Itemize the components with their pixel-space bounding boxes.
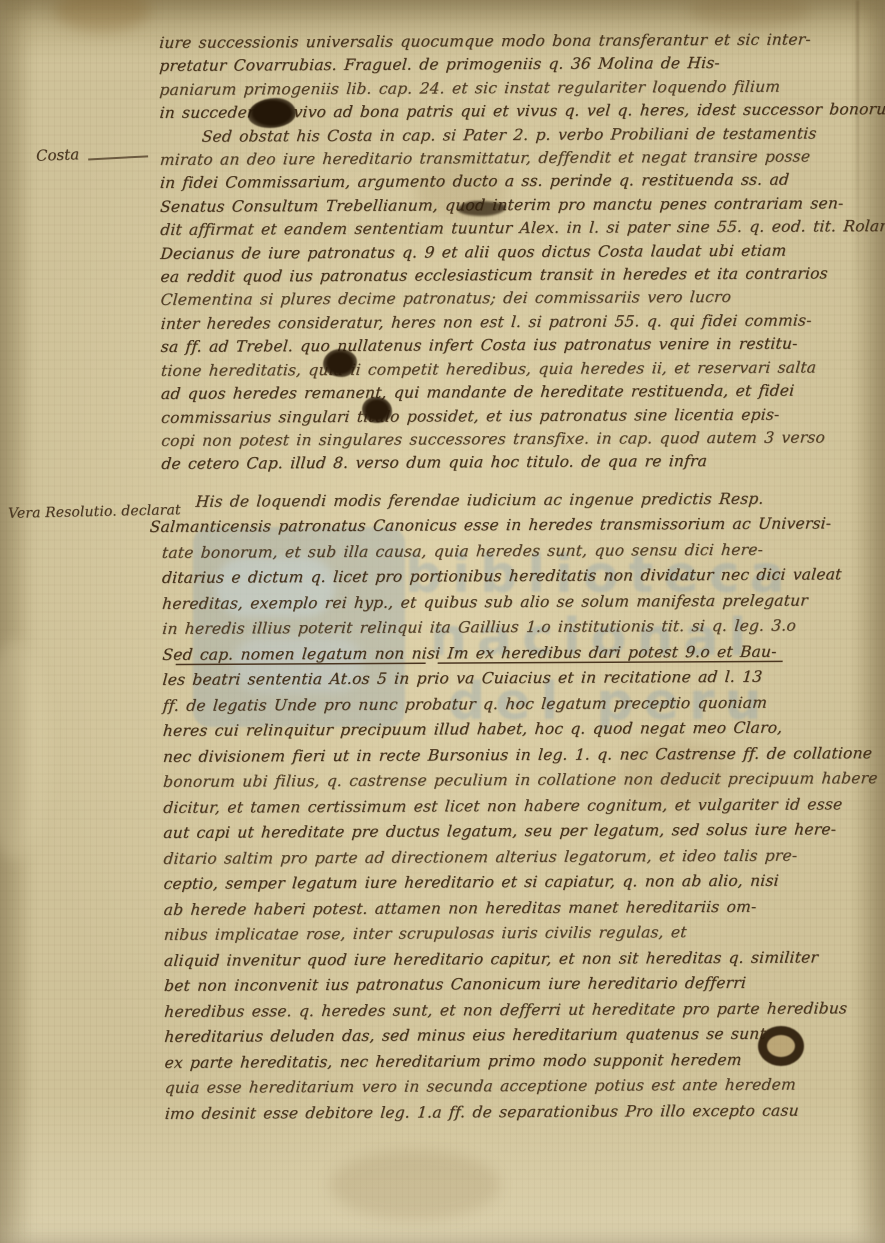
- manuscript-line: Clementina si plures decime patronatus; …: [160, 286, 874, 313]
- manuscript-line: in fidei Commissarium, argumento ducto a…: [159, 169, 873, 196]
- manuscript-line: His de loquendi modis ferendae iudicium …: [195, 486, 875, 515]
- paper-stain: [690, 0, 810, 28]
- manuscript-page: biblioteca nacional del peru Costa Vera …: [0, 0, 885, 1243]
- manuscript-line: sa ff. ad Trebel. quo nullatenus infert …: [160, 332, 874, 359]
- text-block-lower: His de loquendi modis ferendae iudicium …: [162, 486, 877, 1127]
- manuscript-line: pretatur Covarrubias. Fraguel. de primog…: [158, 52, 872, 79]
- manuscript-line: imo desinit esse debitore leg. 1.a ff. d…: [164, 1098, 878, 1127]
- manuscript-text-column: iure successionis universalis quocumque …: [159, 28, 877, 1127]
- margin-note-costa: Costa: [36, 145, 80, 164]
- text-block-upper: iure successionis universalis quocumque …: [159, 28, 873, 476]
- paper-stain: [55, 0, 150, 32]
- manuscript-line: de cetero Cap. illud 8. verso dum quia h…: [160, 449, 874, 476]
- manuscript-line: quia esse hereditarium vero in secunda a…: [164, 1072, 878, 1101]
- manuscript-line: bet non inconvenit ius patronatus Canoni…: [163, 970, 877, 999]
- manuscript-line: hereditarius deluden das, sed minus eius…: [163, 1021, 877, 1050]
- manuscript-line: in heredis illius poterit relinqui ita G…: [161, 613, 875, 642]
- manuscript-line: ad quos heredes remanent, qui mandante d…: [160, 379, 874, 406]
- manuscript-line: les beatri sententia At.os 5 in prio va …: [161, 664, 875, 693]
- manuscript-line: Sed obstat his Costa in cap. si Pater 2.…: [201, 122, 873, 149]
- manuscript-line: nibus implicatae rose, inter scrupulosas…: [163, 919, 877, 948]
- manuscript-line: ceptio, semper legatum iure hereditario …: [163, 868, 877, 897]
- paper-stain: [0, 640, 50, 860]
- manuscript-line: ditarius e dictum q. licet pro portionib…: [161, 562, 875, 591]
- manuscript-line: dit affirmat et eandem sententiam tuuntu…: [159, 215, 873, 242]
- paper-stain: [330, 1150, 500, 1220]
- manuscript-line: in succedere in vivo ad bona patris qui …: [159, 98, 873, 125]
- manuscript-line: bonorum ubi filius, q. castrense peculiu…: [162, 766, 876, 795]
- manuscript-line: heres cui relinquitur precipuum illud ha…: [162, 715, 876, 744]
- manuscript-line: Salmanticensis patronatus Canonicus esse…: [149, 511, 875, 540]
- manuscript-line: aut capi ut hereditate pre ductus legatu…: [162, 817, 876, 846]
